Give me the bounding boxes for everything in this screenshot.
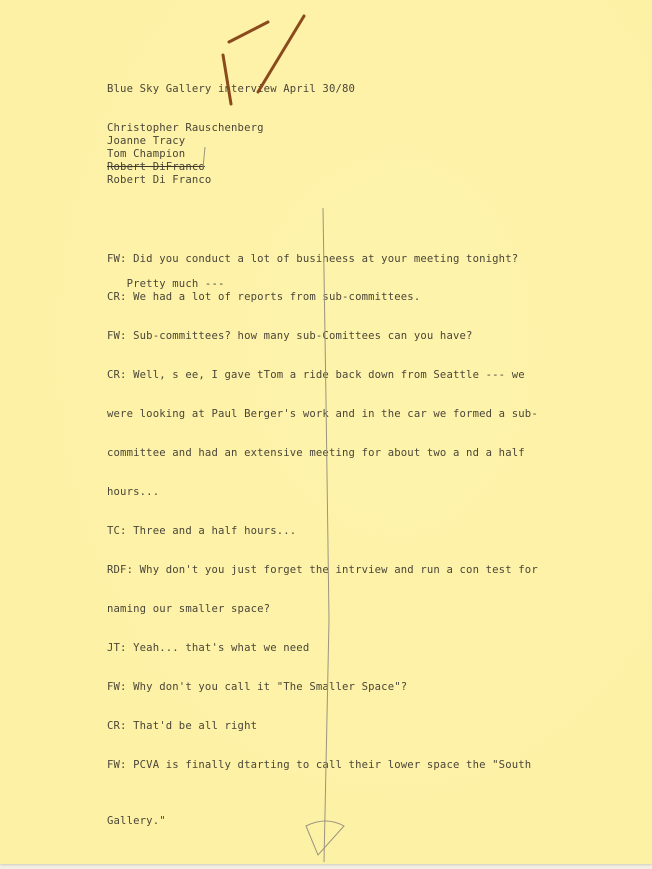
transcript-line: were looking at Paul Berger's work and i… xyxy=(107,408,538,421)
transcript-line: FW: PCVA is finally dtarting to call the… xyxy=(107,759,531,772)
transcript-line: RDF: Why don't you just forget the intrv… xyxy=(107,564,538,577)
participant-name: Christopher Rauschenberg xyxy=(107,122,264,135)
transcript-line: naming our smaller space? xyxy=(107,603,270,616)
transcript-line: FW: Sub-committees? how many sub-Comitte… xyxy=(107,330,473,343)
transcript-line: hours... xyxy=(107,486,159,499)
transcript-line: FW: Did you conduct a lot of busineess a… xyxy=(107,253,518,266)
transcript-line: committee and had an extensive meeting f… xyxy=(107,447,525,460)
transcript-line: JT: Yeah... that's what we need xyxy=(107,642,309,655)
participant-name-struck: Robert DiFranco xyxy=(107,161,205,174)
document-page: Blue Sky Gallery interview April 30/80 C… xyxy=(0,0,652,864)
transcript-line: Gallery." xyxy=(107,815,166,828)
transcript-line: CR: We had a lot of reports from sub-com… xyxy=(107,291,420,304)
participant-name: Robert Di Franco xyxy=(107,174,211,187)
participant-name: Joanne Tracy xyxy=(107,135,185,148)
transcript-line: TC: Three and a half hours... xyxy=(107,525,296,538)
participant-name: Tom Champion xyxy=(107,148,185,161)
transcript-line: FW: Why don't you call it "The Smaller S… xyxy=(107,681,407,694)
document-title: Blue Sky Gallery interview April 30/80 xyxy=(107,83,355,96)
transcript-line: CR: Well, s ee, I gave tTom a ride back … xyxy=(107,369,525,382)
transcript-line: Pretty much --- xyxy=(107,278,225,291)
transcript-line: CR: That'd be all right xyxy=(107,720,257,733)
